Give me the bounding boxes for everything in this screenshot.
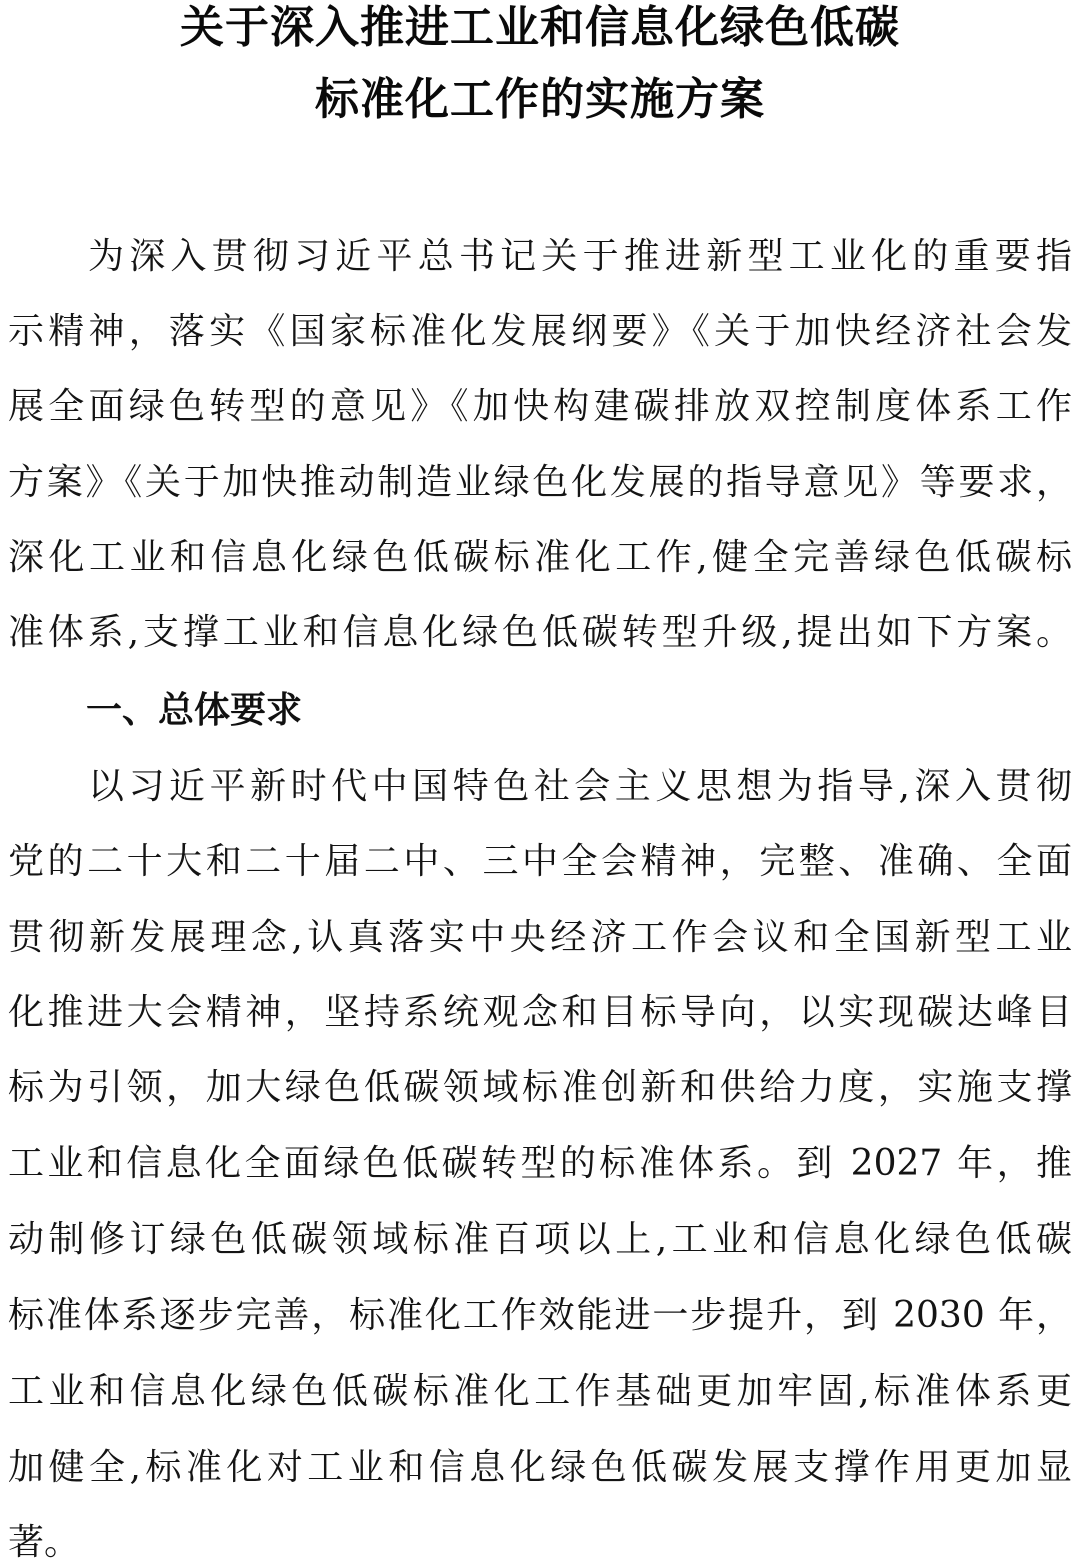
paragraph-line: 著。: [8, 1518, 1072, 1564]
paragraph-line: 方案》《关于加快推动制造业绿色化发展的指导意见》等要求，: [8, 458, 1072, 508]
paragraph-line: 工业和信息化全面绿色低碳转型的标准体系。到 2027 年，推: [8, 1139, 1072, 1189]
paragraph-line: 动制修订绿色低碳领域标准百项以上,工业和信息化绿色低碳: [8, 1215, 1072, 1265]
paragraph-line: 以习近平新时代中国特色社会主义思想为指导,深入贯彻: [88, 762, 1072, 812]
paragraph-line: 加健全,标准化对工业和信息化绿色低碳发展支撑作用更加显: [8, 1443, 1072, 1493]
paragraph-line: 工业和信息化绿色低碳标准化工作基础更加牢固,标准体系更: [8, 1367, 1072, 1417]
paragraph-line: 党的二十大和二十届二中、三中全会精神，完整、准确、全面: [8, 837, 1072, 887]
paragraph-line: 标准体系逐步完善，标准化工作效能进一步提升，到 2030 年，: [8, 1291, 1072, 1341]
paragraph-line: 展全面绿色转型的意见》《加快构建碳排放双控制度体系工作: [8, 382, 1072, 432]
paragraph-line: 为深入贯彻习近平总书记关于推进新型工业化的重要指: [88, 232, 1072, 282]
document-title-line-2: 标准化工作的实施方案: [0, 72, 1080, 128]
paragraph-line: 化推进大会精神，坚持系统观念和目标导向，以实现碳达峰目: [8, 988, 1072, 1038]
document-title-line-1: 关于深入推进工业和信息化绿色低碳: [0, 0, 1080, 56]
paragraph-line: 深化工业和信息化绿色低碳标准化工作,健全完善绿色低碳标: [8, 533, 1072, 583]
paragraph-line: 准体系,支撑工业和信息化绿色低碳转型升级,提出如下方案。: [8, 608, 1072, 658]
paragraph-line: 示精神，落实《国家标准化发展纲要》《关于加快经济社会发: [8, 307, 1072, 357]
section-heading: 一、总体要求: [86, 686, 302, 736]
paragraph-line: 标为引领，加大绿色低碳领域标准创新和供给力度，实施支撑: [8, 1063, 1072, 1113]
paragraph-line: 贯彻新发展理念,认真落实中央经济工作会议和全国新型工业: [8, 913, 1072, 963]
document-page: 关于深入推进工业和信息化绿色低碳 标准化工作的实施方案 为深入贯彻习近平总书记关…: [0, 0, 1080, 1564]
